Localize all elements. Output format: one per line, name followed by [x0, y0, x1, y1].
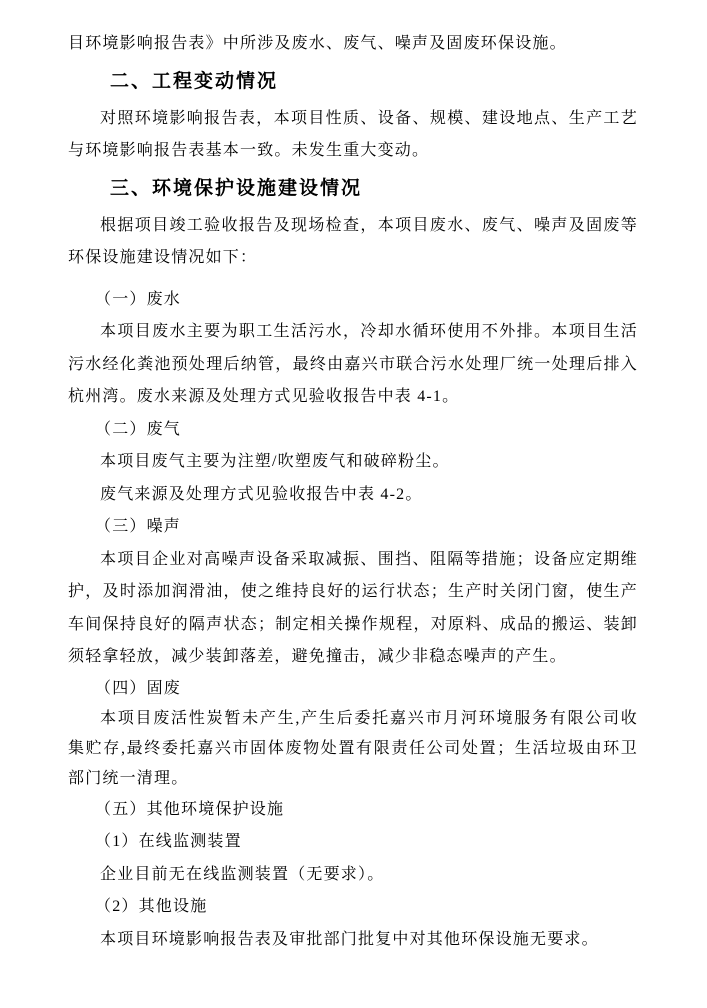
document-content: 目环境影响报告表》中所涉及废水、废气、噪声及固废环保设施。二、工程变动情况对照环…: [68, 28, 638, 956]
subsection-heading: （四）固废: [68, 674, 638, 704]
section-heading: 二、工程变动情况: [68, 67, 638, 97]
continuation-line: 目环境影响报告表》中所涉及废水、废气、噪声及固废环保设施。: [68, 28, 638, 61]
subsection-heading: （三）噪声: [68, 511, 638, 544]
subsection-heading: （一）废水: [68, 284, 638, 317]
subsection-heading: （五）其他环境保护设施: [68, 794, 638, 827]
body-paragraph: 废气来源及处理方式见验收报告中表 4-2。: [68, 479, 638, 512]
section-heading: 三、环境保护设施建设情况: [68, 174, 638, 204]
body-paragraph: 本项目废水主要为职工生活污水，冷却水循环使用不外排。本项目生活污水经化粪池预处理…: [68, 316, 638, 414]
subsection-heading: （二）废气: [68, 414, 638, 447]
document-page: 目环境影响报告表》中所涉及废水、废气、噪声及固废环保设施。二、工程变动情况对照环…: [0, 0, 707, 1008]
body-paragraph: 企业目前无在线监测装置（无要求）。: [68, 859, 638, 892]
body-paragraph: 对照环境影响报告表，本项目性质、设备、规模、建设地点、生产工艺与环境影响报告表基…: [68, 103, 638, 168]
body-paragraph: 本项目废气主要为注塑/吹塑废气和破碎粉尘。: [68, 446, 638, 479]
body-paragraph: 本项目企业对高噪声设备采取减振、围挡、阻隔等措施；设备应定期维护，及时添加润滑油…: [68, 544, 638, 674]
body-paragraph: 本项目废活性炭暂未产生,产生后委托嘉兴市月河环境服务有限公司收集贮存,最终委托嘉…: [68, 704, 638, 794]
body-paragraph: 本项目环境影响报告表及审批部门批复中对其他环保设施无要求。: [68, 924, 638, 957]
body-paragraph: 根据项目竣工验收报告及现场检查，本项目废水、废气、噪声及固废等环保设施建设情况如…: [68, 210, 638, 275]
subsection-heading: （2）其他设施: [68, 891, 638, 924]
subsection-heading: （1）在线监测装置: [68, 826, 638, 859]
